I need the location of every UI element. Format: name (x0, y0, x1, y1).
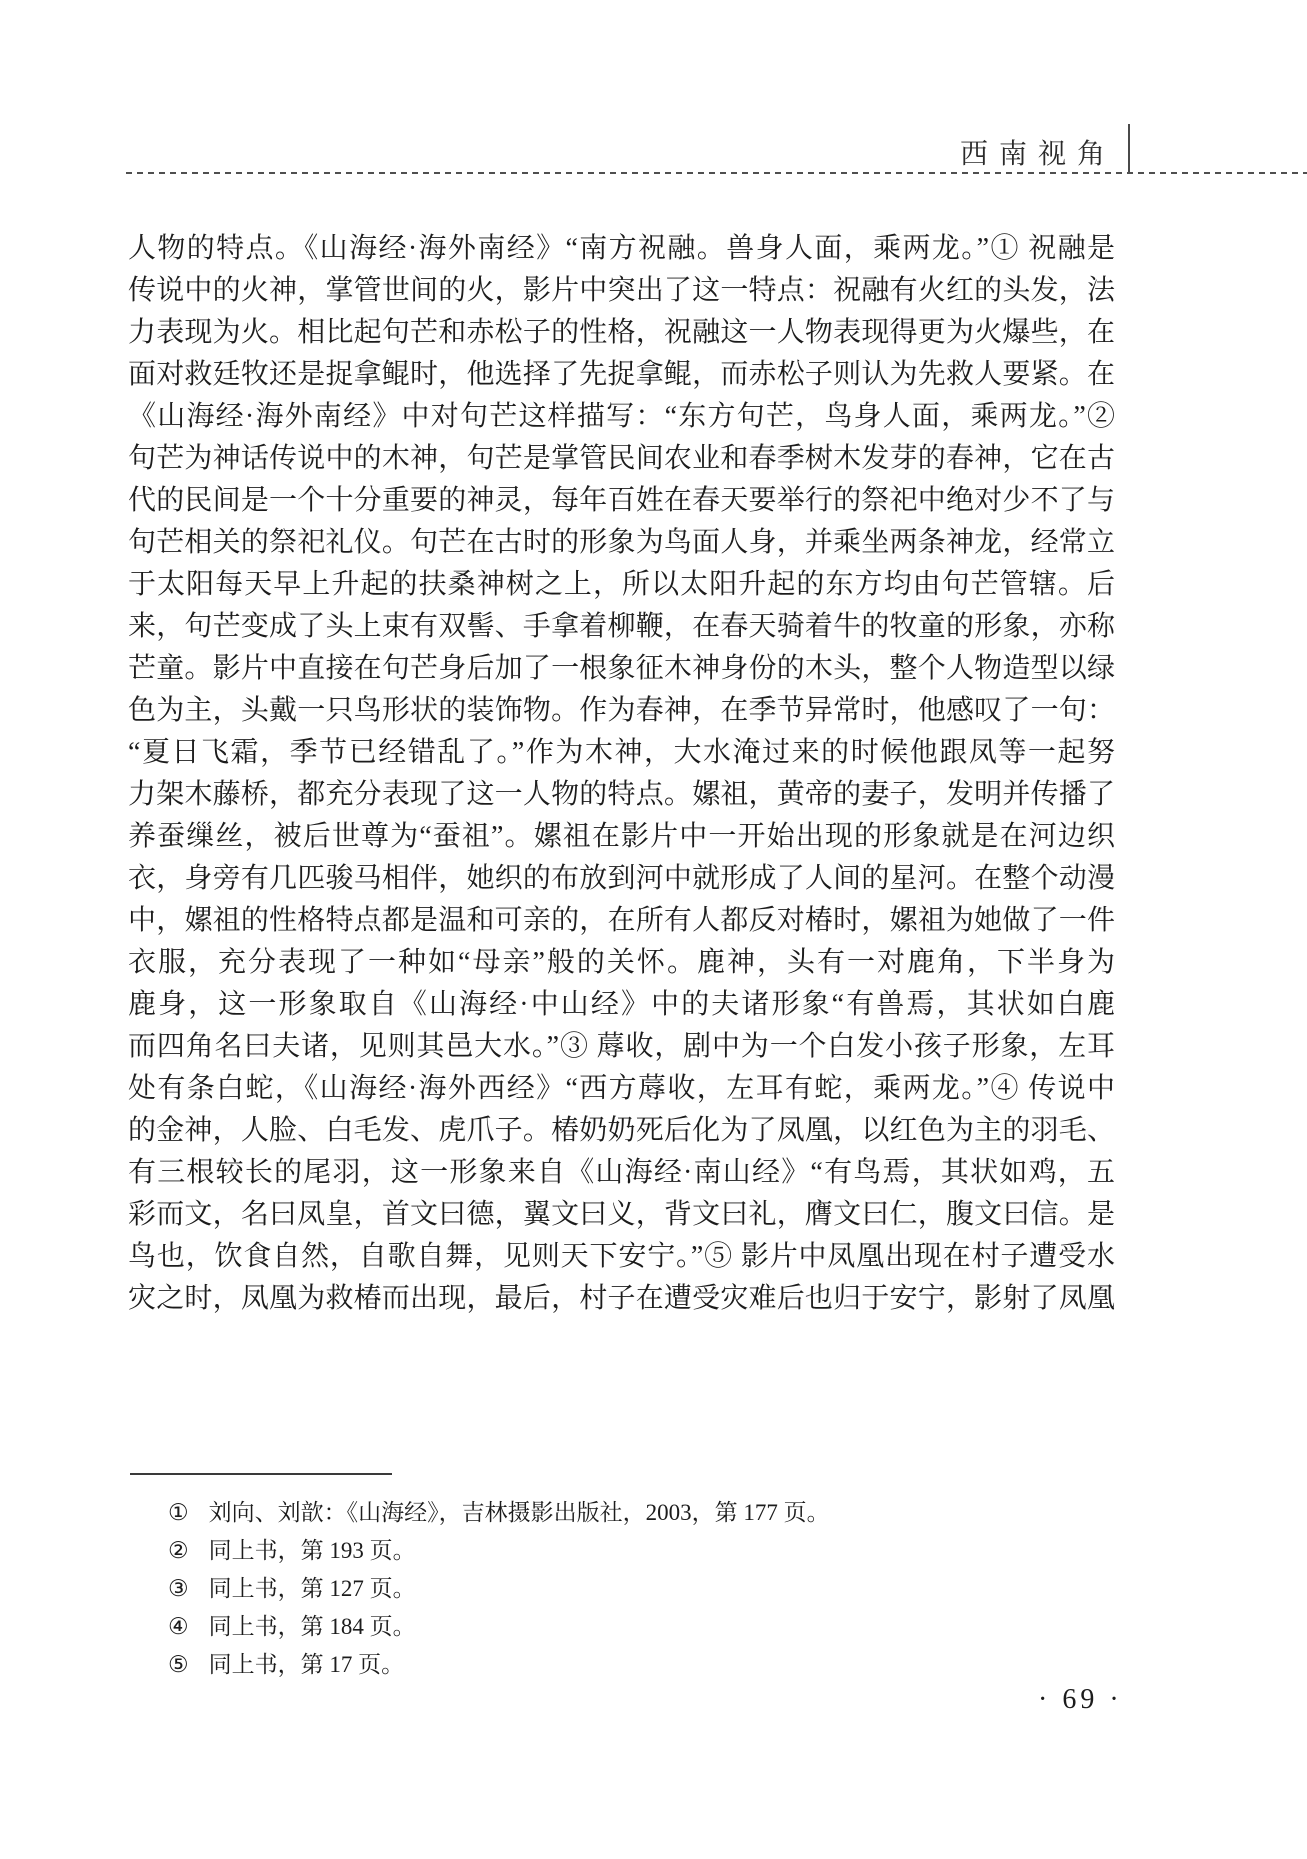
footnote-marker: ④ (168, 1608, 189, 1646)
body-line: 人物的特点。《山海经·海外南经》“南方祝融。兽身人面，乘两龙。”① 祝融是 (128, 228, 1115, 270)
body-line: 代的民间是一个十分重要的神灵，每年百姓在春天要举行的祭祀中绝对少不了与 (128, 480, 1115, 522)
footnote-list: ①刘向、刘歆：《山海经》，吉林摄影出版社，2003，第 177 页。 ②同上书，… (168, 1494, 1068, 1684)
body-line: 的金神，人脸、白毛发、虎爪子。椿奶奶死后化为了凤凰，以红色为主的羽毛、 (128, 1110, 1115, 1152)
footnote-item: ④同上书，第 184 页。 (168, 1608, 1068, 1646)
body-line: 处有条白蛇，《山海经·海外西经》“西方蓐收，左耳有蛇，乘两龙。”④ 传说中 (128, 1068, 1115, 1110)
body-line: 色为主，头戴一只鸟形状的装饰物。作为春神，在季节异常时，他感叹了一句： (128, 690, 1115, 732)
body-line: 传说中的火神，掌管世间的火，影片中突出了这一特点：祝融有火红的头发，法 (128, 270, 1115, 312)
body-line: 有三根较长的尾羽，这一形象来自《山海经·南山经》“有鸟焉，其状如鸡，五 (128, 1152, 1115, 1194)
body-line: 面对救廷牧还是捉拿鲲时，他选择了先捉拿鲲，而赤松子则认为先救人要紧。在 (128, 354, 1115, 396)
body-line: 《山海经·海外南经》中对句芒这样描写：“东方句芒，鸟身人面，乘两龙。”② (128, 396, 1115, 438)
running-head-title: 西南视角 (960, 132, 1116, 172)
footnote-text: 同上书，第 127 页。 (209, 1576, 416, 1601)
body-line: 而四角名曰夫诸，见则其邑大水。”③ 蓐收，剧中为一个白发小孩子形象，左耳 (128, 1026, 1115, 1068)
body-line: 句芒相关的祭祀礼仪。句芒在古时的形象为鸟面人身，并乘坐两条神龙，经常立 (128, 522, 1115, 564)
footnote-item: ①刘向、刘歆：《山海经》，吉林摄影出版社，2003，第 177 页。 (168, 1494, 1068, 1532)
footnote-item: ⑤同上书，第 17 页。 (168, 1646, 1068, 1684)
footnote-item: ③同上书，第 127 页。 (168, 1570, 1068, 1608)
header-divider-bar (1128, 124, 1130, 173)
footnote-marker: ① (168, 1494, 189, 1532)
body-line: 养蚕缫丝，被后世尊为“蚕祖”。嫘祖在影片中一开始出现的形象就是在河边织 (128, 816, 1115, 858)
footnote-text: 同上书，第 193 页。 (209, 1538, 416, 1563)
body-line: 力架木藤桥，都充分表现了这一人物的特点。嫘祖，黄帝的妻子，发明并传播了 (128, 774, 1115, 816)
footnote-separator-rule (130, 1473, 392, 1475)
body-line: 句芒为神话传说中的木神，句芒是掌管民间农业和春季树木发芽的春神，它在古 (128, 438, 1115, 480)
footnote-marker: ③ (168, 1570, 189, 1608)
footnote-text: 刘向、刘歆：《山海经》，吉林摄影出版社，2003，第 177 页。 (209, 1500, 830, 1525)
footnote-text: 同上书，第 184 页。 (209, 1614, 416, 1639)
body-line: 鹿身，这一形象取自《山海经·中山经》中的夫诸形象“有兽焉，其状如白鹿 (128, 984, 1115, 1026)
body-line: 于太阳每天早上升起的扶桑神树之上，所以太阳升起的东方均由句芒管辖。后 (128, 564, 1115, 606)
footnote-item: ②同上书，第 193 页。 (168, 1532, 1068, 1570)
body-line: 芒童。影片中直接在句芒身后加了一根象征木神身份的木头，整个人物造型以绿 (128, 648, 1115, 690)
header-dashed-rule (126, 172, 1307, 174)
document-page: 西南视角 人物的特点。《山海经·海外南经》“南方祝融。兽身人面，乘两龙。”① 祝… (0, 0, 1307, 1859)
body-line: 衣服，充分表现了一种如“母亲”般的关怀。鹿神，头有一对鹿角，下半身为 (128, 942, 1115, 984)
body-paragraph: 人物的特点。《山海经·海外南经》“南方祝融。兽身人面，乘两龙。”① 祝融是 传说… (128, 228, 1115, 1320)
footnote-marker: ② (168, 1532, 189, 1570)
body-line: 衣，身旁有几匹骏马相伴，她织的布放到河中就形成了人间的星河。在整个动漫 (128, 858, 1115, 900)
body-line: “夏日飞霜，季节已经错乱了。”作为木神，大水淹过来的时候他跟凤等一起努 (128, 732, 1115, 774)
body-line: 彩而文，名曰凤皇，首文曰德，翼文曰义，背文曰礼，膺文曰仁，腹文曰信。是 (128, 1194, 1115, 1236)
page-number: · 69 · (1038, 1684, 1123, 1716)
body-line: 力表现为火。相比起句芒和赤松子的性格，祝融这一人物表现得更为火爆些，在 (128, 312, 1115, 354)
body-line: 来，句芒变成了头上束有双髻、手拿着柳鞭，在春天骑着牛的牧童的形象，亦称 (128, 606, 1115, 648)
footnote-text: 同上书，第 17 页。 (209, 1652, 405, 1677)
body-line: 中，嫘祖的性格特点都是温和可亲的，在所有人都反对椿时，嫘祖为她做了一件 (128, 900, 1115, 942)
body-line: 鸟也，饮食自然，自歌自舞，见则天下安宁。”⑤ 影片中凤凰出现在村子遭受水 (128, 1236, 1115, 1278)
footnote-marker: ⑤ (168, 1646, 189, 1684)
body-line: 灾之时，凤凰为救椿而出现，最后，村子在遭受灾难后也归于安宁，影射了凤凰 (128, 1278, 1115, 1320)
